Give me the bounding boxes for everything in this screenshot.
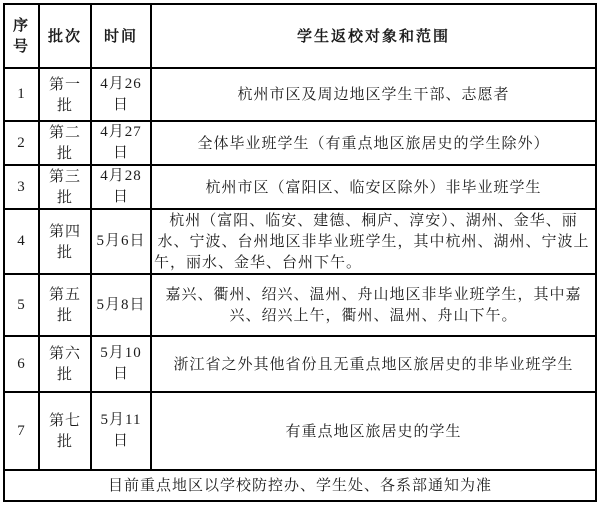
table-row: 6 第六批 5月10日 浙江省之外其他省份且无重点地区旅居史的非毕业班学生 (4, 336, 596, 392)
scope-cell: 杭州（富阳、临安、建德、桐庐、淳安）、湖州、金华、丽水、宁波、台州地区非毕业班学… (151, 209, 596, 274)
serial-cell: 2 (4, 121, 39, 165)
table-row: 3 第三批 4月28日 杭州市区（富阳区、临安区除外）非毕业班学生 (4, 165, 596, 209)
page: 序号 批次 时间 学生返校对象和范围 1 第一批 4月26日 杭州市区及周边地区… (0, 0, 600, 509)
scope-cell: 嘉兴、衢州、绍兴、温州、舟山地区非毕业班学生，其中嘉兴、绍兴上午，衢州、温州、舟… (151, 274, 596, 336)
scope-cell: 有重点地区旅居史的学生 (151, 392, 596, 470)
batch-cell: 第四批 (39, 209, 91, 274)
batch-cell: 第二批 (39, 121, 91, 165)
serial-cell: 3 (4, 165, 39, 209)
scope-cell: 全体毕业班学生（有重点地区旅居史的学生除外） (151, 121, 596, 165)
batch-cell: 第三批 (39, 165, 91, 209)
serial-cell: 4 (4, 209, 39, 274)
table-row: 5 第五批 5月8日 嘉兴、衢州、绍兴、温州、舟山地区非毕业班学生，其中嘉兴、绍… (4, 274, 596, 336)
table-row: 2 第二批 4月27日 全体毕业班学生（有重点地区旅居史的学生除外） (4, 121, 596, 165)
scope-cell: 杭州市区（富阳区、临安区除外）非毕业班学生 (151, 165, 596, 209)
table-row: 4 第四批 5月6日 杭州（富阳、临安、建德、桐庐、淳安）、湖州、金华、丽水、宁… (4, 209, 596, 274)
batch-cell: 第五批 (39, 274, 91, 336)
table-row: 7 第七批 5月11日 有重点地区旅居史的学生 (4, 392, 596, 470)
date-cell: 4月26日 (91, 68, 151, 121)
table-row: 1 第一批 4月26日 杭州市区及周边地区学生干部、志愿者 (4, 68, 596, 121)
serial-cell: 5 (4, 274, 39, 336)
date-cell: 5月11日 (91, 392, 151, 470)
table-footer-row: 目前重点地区以学校防控办、学生处、各系部通知为准 (4, 470, 596, 501)
footer-note: 目前重点地区以学校防控办、学生处、各系部通知为准 (4, 470, 596, 501)
date-cell: 5月6日 (91, 209, 151, 274)
date-cell: 4月27日 (91, 121, 151, 165)
batch-cell: 第七批 (39, 392, 91, 470)
scope-cell: 浙江省之外其他省份且无重点地区旅居史的非毕业班学生 (151, 336, 596, 392)
table-header-row: 序号 批次 时间 学生返校对象和范围 (4, 4, 596, 68)
batch-cell: 第六批 (39, 336, 91, 392)
serial-cell: 1 (4, 68, 39, 121)
batch-cell: 第一批 (39, 68, 91, 121)
header-time: 时间 (91, 4, 151, 68)
header-scope: 学生返校对象和范围 (151, 4, 596, 68)
serial-cell: 6 (4, 336, 39, 392)
scope-cell: 杭州市区及周边地区学生干部、志愿者 (151, 68, 596, 121)
header-serial: 序号 (4, 4, 39, 68)
serial-cell: 7 (4, 392, 39, 470)
header-batch: 批次 (39, 4, 91, 68)
date-cell: 5月8日 (91, 274, 151, 336)
date-cell: 5月10日 (91, 336, 151, 392)
date-cell: 4月28日 (91, 165, 151, 209)
return-schedule-table: 序号 批次 时间 学生返校对象和范围 1 第一批 4月26日 杭州市区及周边地区… (3, 3, 597, 502)
